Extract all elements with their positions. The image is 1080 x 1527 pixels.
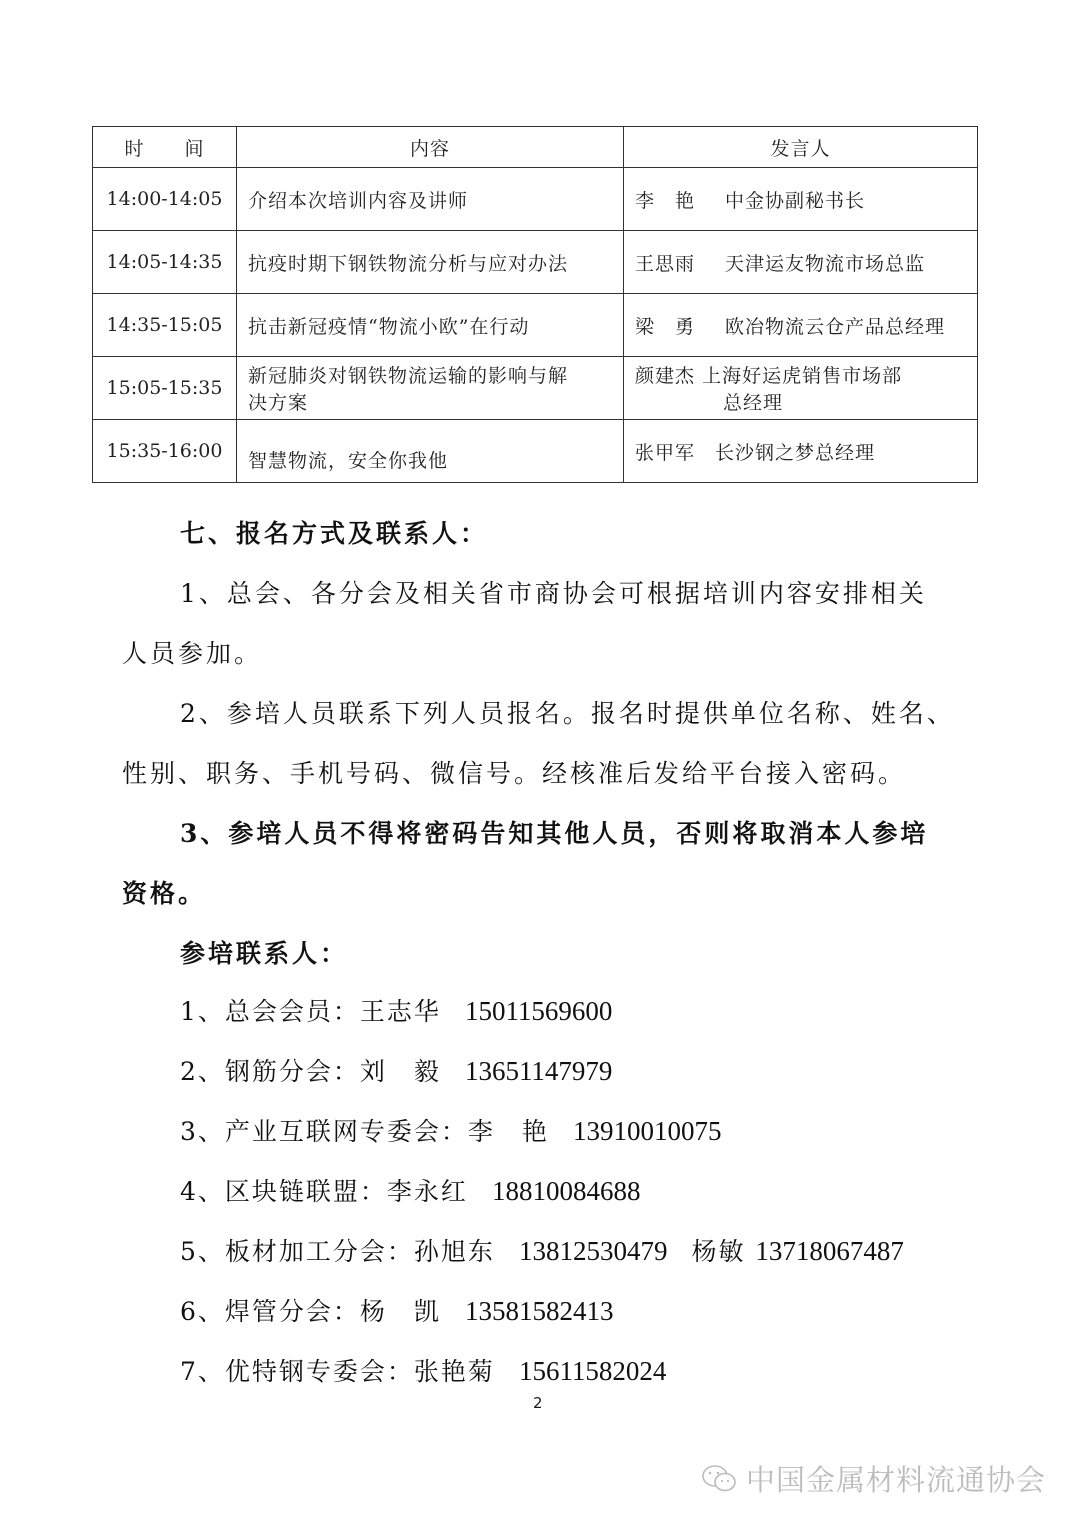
speaker-cell: 张甲军 长沙钢之梦总经理 [624, 420, 978, 483]
topic-cell: 抗击新冠疫情“物流小欧”在行动 [237, 294, 624, 357]
topic-cell: 介绍本次培训内容及讲师 [237, 168, 624, 231]
speaker-title: 欧冶物流云仓产品总经理 [725, 316, 945, 338]
speaker-title: 天津运友物流市场总监 [725, 253, 925, 275]
contact-name: 张艳菊 [414, 1357, 495, 1386]
speaker-title: 长沙钢之梦总经理 [715, 442, 875, 464]
speaker-cell: 李 艳 中金协副秘书长 [624, 168, 978, 231]
contact-phone: 15011569600 [465, 996, 613, 1026]
section-heading: 七、报名方式及联系人： [180, 514, 488, 550]
topic-text: 抗击新冠疫情“物流小欧”在行动 [248, 316, 529, 338]
paragraph-1-line-2: 人员参加。 [122, 634, 262, 670]
contact-label: 7、优特钢专委会： [180, 1357, 414, 1386]
contact-name-2: 杨敏 [691, 1237, 745, 1266]
table-row: 14:05-14:35 抗疫时期下钢铁物流分析与应对办法 王思雨 天津运友物流市… [93, 231, 978, 294]
time-cell: 14:05-14:35 [93, 231, 237, 294]
time-cell: 14:35-15:05 [93, 294, 237, 357]
time-cell: 15:35-16:00 [93, 420, 237, 483]
contact-phone: 13581582413 [465, 1296, 614, 1326]
speaker-title: 上海好运虎销售市场部 [702, 365, 902, 387]
topic-text-line2: 决方案 [248, 388, 612, 415]
contact-label: 2、钢筋分会： [180, 1057, 360, 1086]
contact-phone: 13910010075 [573, 1116, 722, 1146]
contact-name: 李永红 [387, 1177, 468, 1206]
contact-item: 6、焊管分会：杨 凯13581582413 [180, 1292, 613, 1328]
contact-item: 7、优特钢专委会：张艳菊15611582024 [180, 1352, 666, 1388]
header-time: 时 间 [93, 127, 237, 168]
time-cell: 15:05-15:35 [93, 357, 237, 420]
time-cell: 14:00-14:05 [93, 168, 237, 231]
speaker-name: 张甲军 [635, 442, 695, 464]
speaker-name: 颜建杰 [635, 365, 695, 387]
page-number: 2 [533, 1394, 543, 1412]
speaker-cell: 王思雨 天津运友物流市场总监 [624, 231, 978, 294]
topic-text-line1: 新冠肺炎对钢铁物流运输的影响与解 [248, 361, 612, 388]
contact-label: 6、焊管分会： [180, 1297, 360, 1326]
contact-name: 王志华 [360, 997, 441, 1026]
contact-phone: 13812530479 [519, 1236, 668, 1266]
header-speaker: 发言人 [624, 127, 978, 168]
contacts-heading: 参培联系人： [180, 934, 348, 970]
contact-label: 1、总会会员： [180, 997, 360, 1026]
contact-phone: 18810084688 [492, 1176, 641, 1206]
paragraph-2-line-1: 2、参培人员联系下列人员报名。报名时提供单位名称、姓名、 [180, 694, 955, 730]
contact-phone-2: 13718067487 [755, 1236, 904, 1266]
speaker-name: 王思雨 [635, 249, 705, 276]
topic-text: 介绍本次培训内容及讲师 [248, 190, 468, 212]
header-content: 内容 [237, 127, 624, 168]
topic-cell: 智慧物流，安全你我他 [237, 420, 624, 483]
speaker-cell: 梁 勇 欧冶物流云仓产品总经理 [624, 294, 978, 357]
contact-label: 5、板材加工分会： [180, 1237, 414, 1266]
topic-cell: 新冠肺炎对钢铁物流运输的影响与解决方案 [237, 357, 624, 420]
table-row: 15:05-15:35 新冠肺炎对钢铁物流运输的影响与解决方案 颜建杰 上海好运… [93, 357, 978, 420]
speaker-name: 李 艳 [635, 186, 705, 213]
contact-phone: 15611582024 [519, 1356, 667, 1386]
contact-item: 4、区块链联盟：李永红18810084688 [180, 1172, 640, 1208]
contact-label: 3、产业互联网专委会： [180, 1117, 468, 1146]
paragraph-3-line-2: 资格。 [122, 874, 206, 910]
schedule-table: 时 间 内容 发言人 14:00-14:05 介绍本次培训内容及讲师 李 艳 中… [92, 126, 978, 483]
contact-name: 杨 凯 [360, 1297, 441, 1326]
table-header-row: 时 间 内容 发言人 [93, 127, 978, 168]
paragraph-3-line-1: 3、参培人员不得将密码告知其他人员，否则将取消本人参培 [180, 814, 928, 850]
contact-item: 3、产业互联网专委会：李 艳13910010075 [180, 1112, 721, 1148]
watermark-text: 中国金属材料流通协会 [746, 1458, 1046, 1499]
speaker-name: 梁 勇 [635, 312, 705, 339]
topic-text: 抗疫时期下钢铁物流分析与应对办法 [248, 253, 568, 275]
contact-item: 2、钢筋分会：刘 毅13651147979 [180, 1052, 612, 1088]
paragraph-1-line-1: 1、总会、各分会及相关省市商协会可根据培训内容安排相关 [180, 574, 927, 610]
topic-text: 智慧物流，安全你我他 [248, 450, 448, 472]
contact-phone: 13651147979 [465, 1056, 613, 1086]
contact-name: 孙旭东 [414, 1237, 495, 1266]
topic-cell: 抗疫时期下钢铁物流分析与应对办法 [237, 231, 624, 294]
speaker-title-line2: 总经理 [635, 388, 966, 415]
paragraph-2-line-2: 性别、职务、手机号码、微信号。经核准后发给平台接入密码。 [122, 754, 906, 790]
contact-item: 1、总会会员：王志华15011569600 [180, 992, 612, 1028]
contact-item: 5、板材加工分会：孙旭东13812530479杨敏 13718067487 [180, 1232, 904, 1268]
table-row: 14:35-15:05 抗击新冠疫情“物流小欧”在行动 梁 勇 欧冶物流云仓产品… [93, 294, 978, 357]
table-row: 15:35-16:00 智慧物流，安全你我他 张甲军 长沙钢之梦总经理 [93, 420, 978, 483]
wechat-icon [700, 1463, 740, 1495]
contact-name: 李 艳 [468, 1117, 549, 1146]
watermark: 中国金属材料流通协会 [700, 1458, 1046, 1499]
contact-name: 刘 毅 [360, 1057, 441, 1086]
speaker-title: 中金协副秘书长 [725, 190, 865, 212]
document-page: 时 间 内容 发言人 14:00-14:05 介绍本次培训内容及讲师 李 艳 中… [0, 0, 1080, 1527]
speaker-cell: 颜建杰 上海好运虎销售市场部总经理 [624, 357, 978, 420]
table-row: 14:00-14:05 介绍本次培训内容及讲师 李 艳 中金协副秘书长 [93, 168, 978, 231]
contact-label: 4、区块链联盟： [180, 1177, 387, 1206]
